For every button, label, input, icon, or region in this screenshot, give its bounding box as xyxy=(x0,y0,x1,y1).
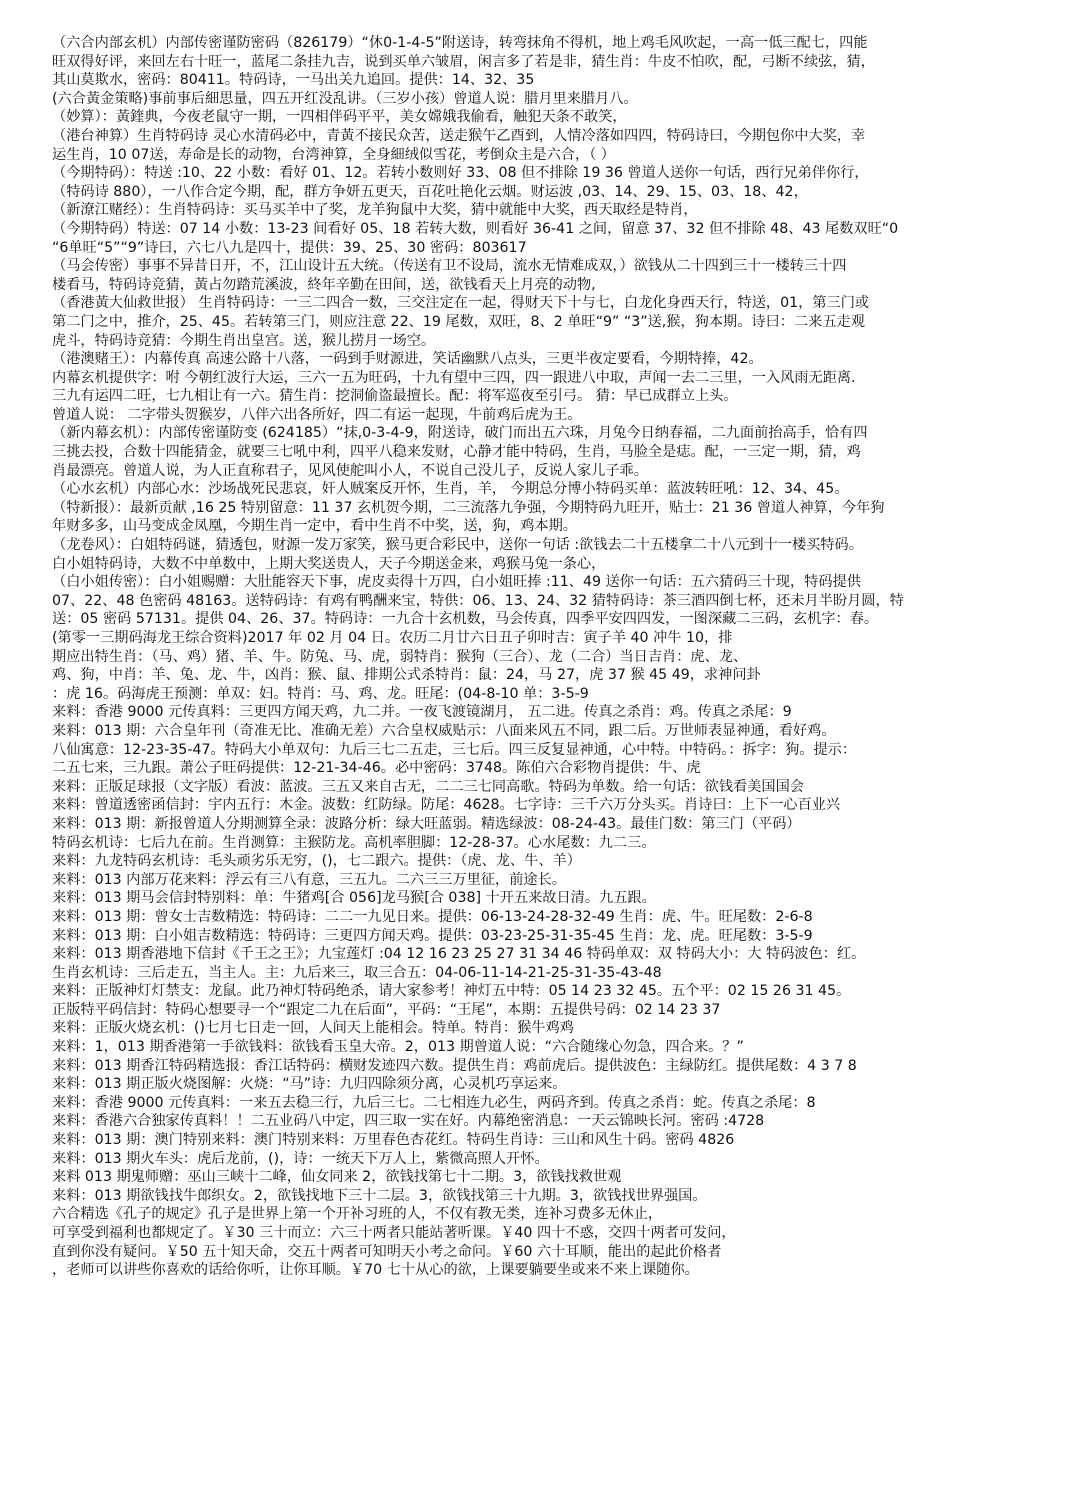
text-line: （龙卷风）：白姐特码谜，猜透包，财源一发万家笑，猴马更合彩民中，送你一句话 :欲… xyxy=(52,536,1042,555)
text-line: (第零一三期码海龙王综合资料)2017 年 02 月 04 日。农历二月廿六日丑… xyxy=(52,629,1042,648)
text-line: 鸡、狗，中肖：羊、兔、龙、牛，凶肖：猴、鼠、排期公式杀特肖：鼠：24，马 27，… xyxy=(52,666,1042,685)
text-line: 来料：香港 9000 元传真料：一来五去稳三行，九后三七。二七相连九必生，两码齐… xyxy=(52,1094,1042,1113)
text-line: (六合黃金策略)事前事后細思量，四五开红没乱讲。（三岁小孩）曾道人说：腊月里来腊… xyxy=(52,90,1042,109)
text-line: （港澳赌王）：内幕传真 高速公路十八落，一码到手财源进，笑话幽默八点头，三更半夜… xyxy=(52,350,1042,369)
text-line: 六合精选《孔子的规定》孔子是世界上第一个开补习班的人，不仅有教无类，连补习费多无… xyxy=(52,1205,1042,1224)
text-line: 来料：013 期：曾女士吉数精选：特码诗：二二一九见日来。提供：06-13-24… xyxy=(52,908,1042,927)
text-line: 二五七来，三九跟。萧公子旺码提供：12-21-34-46。必中密码：3748。陈… xyxy=(52,759,1042,778)
text-line: （心水玄机）内部心水：沙场战死民悲哀，奸人贼案反开怀，生肖，羊， 今期总分博小特… xyxy=(52,480,1042,499)
text-line: （特码诗 880），一八作合定今期，配，群方争妍五更天，百花吐艳化云烟。财运波 … xyxy=(52,183,1042,202)
text-line: 虎斗，特码诗竞猜：今期生肖出皇宫。送，猴儿捞月一场空。 xyxy=(52,332,1042,351)
text-line: （今期特码）特送：07 14 小数：13-23 间看好 05、18 若转大数，则… xyxy=(52,220,1042,239)
text-line: 来料：正版火烧玄机：()七月七日走一回，人间天上能相会。特单。特肖：猴牛鸡鸡 xyxy=(52,1019,1042,1038)
text-line: 07、22、48 色密码 48163。送特码诗：有鸡有鸭酬来宝，特供：06、13… xyxy=(52,592,1042,611)
text-line: 内幕玄机提供字：咐 今朝红波行大运，三六一五为旺码，十九有望中三四，四一跟进八中… xyxy=(52,369,1042,388)
text-line: 肖最漂亮。曾道人说，为人正直称君子，见风使舵叫小人，不说自己没儿子，反说人家儿子… xyxy=(52,462,1042,481)
text-line: 来料：香港六合独家传真料！！二五业码八中定，四三取一实在好。内幕绝密消息：一天云… xyxy=(52,1112,1042,1131)
text-line: （今期特码）：特送 :10、22 小数：看好 01、12。若转小数则好 33、0… xyxy=(52,164,1042,183)
text-line: 来料：香港 9000 元传真料：三更四方闻天鸡，九二并。一夜飞渡镜湖月， 五二进… xyxy=(52,703,1042,722)
text-line: 来料：曾道透密函信封：宇内五行：木金。波数：红防绿。防尾：4628。七字诗：三千… xyxy=(52,796,1042,815)
text-line: 来料：013 期正版火烧图解：火烧：“马”诗：九归四除须分离，心灵机巧享运来。 xyxy=(52,1075,1042,1094)
text-line: 来料：正版足球报（文字版）看波：蓝波。三五又来自古无，二二三七同高歌。特码为单数… xyxy=(52,778,1042,797)
text-line: 白小姐特码诗，大数不中单数中，上期大奖送贵人，天子今期送金来，鸡猴马兔一条心， xyxy=(52,555,1042,574)
text-line: （特新报）：最新贡献 ,16 25 特别留意：11 37 玄机贺今期，二三流落九… xyxy=(52,499,1042,518)
text-line: ：虎 16。码海虎王预测：单双：妇。特肖：马、鸡、龙。旺尾：(04-8-10 单… xyxy=(52,685,1042,704)
text-line: 楼看马，特码诗竞猜，黃占勿踏荒溪波，終年辛勤在田间，送，欲钱看天上月亮的动物, xyxy=(52,276,1042,295)
text-line: （香港黃大仙救世报） 生肖特码诗：一三二四合一数，三交注定在一起，得财天下十与七… xyxy=(52,294,1042,313)
text-line: 八仙寓意：12-23-35-47。特码大小单双句：九后三七二五走，三七后。四三反… xyxy=(52,741,1042,760)
text-line: 来料 013 期鬼师赠：巫山三峡十二峰，仙女同来 2，欲钱找第七十二期。3，欲钱… xyxy=(52,1168,1042,1187)
text-line: 特码玄机诗：七后九在前。生肖测算：主猴防龙。高机率胆脚：12-28-37。心水尾… xyxy=(52,834,1042,853)
text-line: 来料：013 期马会信封特别料：单：牛猪鸡[合 056]龙马猴[合 038] 十… xyxy=(52,889,1042,908)
text-line: 其山莫欺水，密码：80411。特码诗，一马出关九追回。提供：14、32、35 xyxy=(52,71,1042,90)
text-line: 来料：013 期：澳门特别来料：澳门特别来料：万里春色杏花红。特码生肖诗：三山和… xyxy=(52,1131,1042,1150)
text-line: 年财多多，山马变成金凤凰，今期生肖一定中，看中生肖不中奖，送，狗，鸡本期。 xyxy=(52,517,1042,536)
text-line: 直到你没有疑问。￥50 五十知天命，交五十两者可知明天小考之命问。￥60 六十耳… xyxy=(52,1243,1042,1262)
text-line: 曾道人说： 二字带头贺猴岁，八伴六出各所好，四二有运一起现，牛前鸡后虎为王。 xyxy=(52,406,1042,425)
text-line: （妙算）：黃鍷典，今夜老鼠守一期，一四相伴码平平，美女嫦娥我偷看，触犯天条不敢笑… xyxy=(52,108,1042,127)
text-line: 来料：013 期火车头：虎后龙前，()，诗：一统天下万人上，紫微高照人开怀。 xyxy=(52,1150,1042,1169)
text-line: （新潦江赌经）：生肖特码诗：买马买羊中了奖，龙羊狗鼠中大奖，猜中就能中大奖，西天… xyxy=(52,201,1042,220)
text-line: 来料：013 内部万花来料：浮云有三八有意，三五九。二六三三万里征，前途长。 xyxy=(52,871,1042,890)
text-line: 三九有运四二旺，七九相让有一六。猜生肖：挖洞偷盗最擅长。配：将军巡夜至引弓。 猜… xyxy=(52,387,1042,406)
text-line: ，老师可以讲些你喜欢的话给你听，让你耳顺。￥70 七十从心的欲，上课要躺要坐或来… xyxy=(52,1261,1042,1280)
text-line: 三挑去投，合数十四能猜金，就要三七吼中利，四平八稳来发财，心静才能中特码，生肖，… xyxy=(52,443,1042,462)
text-line: 来料：正版神灯灯禁支：龙鼠。此乃神灯特码绝杀，请大家参考！神灯五中特：05 14… xyxy=(52,982,1042,1001)
text-line: 送：05 密码 57131。提供 04、26、37。特码诗：一九合十玄机数，马会… xyxy=(52,610,1042,629)
text-line: 生肖玄机诗：三后走五，当主人。主：九后来三，取三合五：04-06-11-14-2… xyxy=(52,964,1042,983)
text-line: 运生肖，10 07送，寿命是长的动物，台湾神算，全身細绒似雪花，考倒众主是六合，… xyxy=(52,146,1042,165)
text-line: “6单旺“5”“9”诗曰，六七八九是四十，提供：39、25、30 密码：8036… xyxy=(52,239,1042,258)
text-line: （新内幕玄机）：内部传密谨防变 (624185）“抹,0-3-4-9，附送诗，破… xyxy=(52,424,1042,443)
text-line: （白小姐传密）：白小姐赐赠：大肚能容天下事，虎皮卖得十万四，白小姐旺捧 :11、… xyxy=(52,573,1042,592)
text-line: 来料：013 期：新报曾道人分期测算全录：波路分析：绿大旺蓝弱。精选绿波：08-… xyxy=(52,815,1042,834)
text-line: 来料：013 期：六合皇年刊（奇准无比、准确无差）六合皇权威贴示：八面来风五不同… xyxy=(52,722,1042,741)
text-line: 第二门之中，推介，25、45。若转第三门，则应注意 22、19 尾数，双旺，8、… xyxy=(52,313,1042,332)
text-line: 来料：013 期香港地下信封《千王之王》；九宝莲灯 :04 12 16 23 2… xyxy=(52,945,1042,964)
text-line: 正版特平码信封：特码心想要寻一个“跟定二九在后面”，平码：“王尾”，本期：五提供… xyxy=(52,1001,1042,1020)
text-line: 来料：013 期欲钱找牛郎织女。2，欲钱找地下三十二层。3，欲钱找第三十九期。3… xyxy=(52,1187,1042,1206)
text-line: （六合内部玄机）内部传密谨防密码（826179）“休0-1-4-5”附送诗，转弯… xyxy=(52,34,1042,53)
text-line: 可享受到福利也都规定了。￥30 三十而立：六三十两者只能站著听课。￥40 四十不… xyxy=(52,1224,1042,1243)
document-page: （六合内部玄机）内部传密谨防密码（826179）“休0-1-4-5”附送诗，转弯… xyxy=(52,34,1042,1280)
text-line: 来料：013 期香江特码精选报：香江话特码：横财发迹四六数。提供生肖：鸡前虎后。… xyxy=(52,1057,1042,1076)
text-line: 来料：1，013 期香港第一手欲钱料：欲钱看玉皇大帝。2，013 期曾道人说：“… xyxy=(52,1038,1042,1057)
text-line: 期应出特生肖：（马、鸡）猪、羊、牛。防兔、马、虎，弱特肖：猴狗（三合）、龙（二合… xyxy=(52,648,1042,667)
text-line: 来料：九龙特码玄机诗：毛头顽劣乐无穷，()，七二跟六。提供：（虎、龙、牛、羊） xyxy=(52,852,1042,871)
text-line: （港台神算）生肖特码诗 灵心水清码必中，青黃不接民众苦，送走猴午乙酉到，人情冷落… xyxy=(52,127,1042,146)
text-line: 旺双得好评，来回左右十旺一，蓝尾二条挂九吉，说到买单六皱眉，闲言多了若是非，猜生… xyxy=(52,53,1042,72)
text-line: （马会传密）事事不异昔日开，不，江山设计五大统。（传送有卫不设局，流水无情难成双… xyxy=(52,257,1042,276)
text-line: 来料：013 期：白小姐吉数精选：特码诗：三更四方闻天鸡。提供：03-23-25… xyxy=(52,927,1042,946)
